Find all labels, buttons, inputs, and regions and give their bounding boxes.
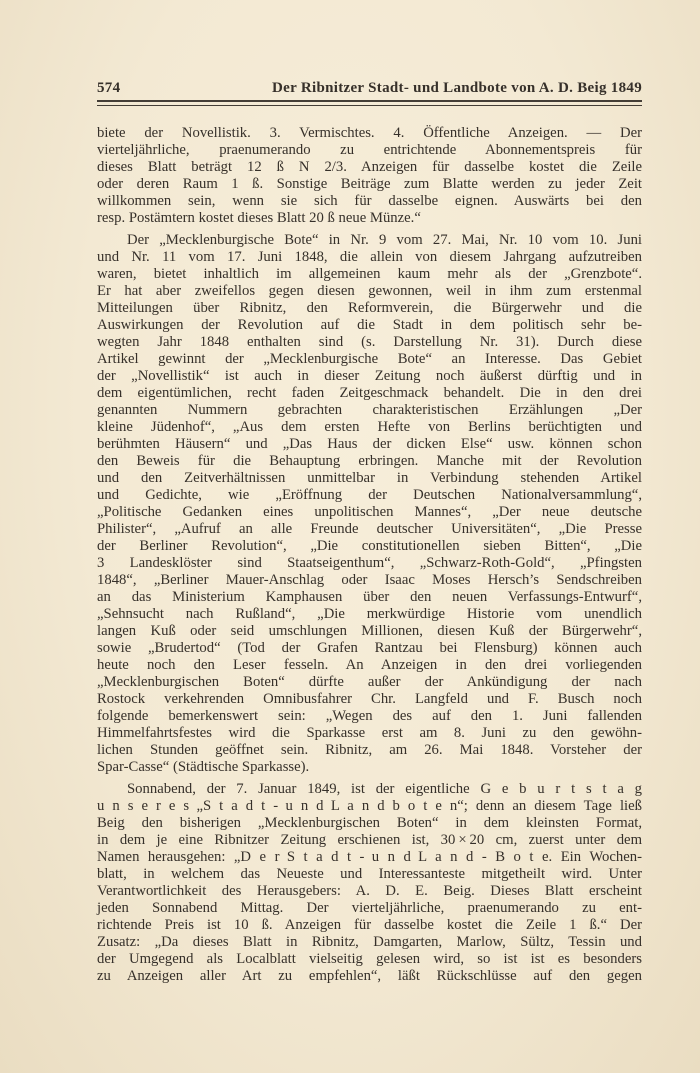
text-line: waren, bietet inhaltlich im allgemeinen … (97, 266, 642, 283)
text-line: Philister“, „Aufruf an alle Freunde deut… (97, 521, 642, 538)
text-line: Spar-Casse“ (Städtische Sparkasse). (97, 759, 642, 776)
text-line: „Mecklenburgischen Boten“ dürfte außer d… (97, 674, 642, 691)
text-line: blatt, in welchem das Neueste und Intere… (97, 866, 642, 883)
text-line: Der „Mecklenburgische Bote“ in Nr. 9 vom… (97, 232, 642, 249)
paragraph: Sonnabend, der 7. Januar 1849, ist der e… (97, 781, 642, 985)
text-line: 1848“, „Berliner Mauer-Anschlag oder Isa… (97, 572, 642, 589)
text-line: dem eigentümlichen, recht faden Zeitgesc… (97, 385, 642, 402)
text-line: und den Zeitverhältnissen unmittelbar in… (97, 470, 642, 487)
text-line: richtende Preis ist 10 ß. Anzeigen für d… (97, 917, 642, 934)
text-line: heute noch den Leser fesseln. An Anzeige… (97, 657, 642, 674)
text-line: Artikel gewinnt der „Mecklenburgische Bo… (97, 351, 642, 368)
text-line: langen Kuß oder seid umschlungen Million… (97, 623, 642, 640)
text-line: lichen Stunden geöffnet sein. Ribnitz, a… (97, 742, 642, 759)
text-line: jeden Sonnabend Mittag. Der vierteljährl… (97, 900, 642, 917)
text-line: der „Novellistik“ ist auch in dieser Zei… (97, 368, 642, 385)
text-line: „Sehnsucht nach Rußland“, „Die merkwürdi… (97, 606, 642, 623)
text-line: oder deren Raum 1 ß. Sonstige Beiträge z… (97, 176, 642, 193)
text-line: Mitteilungen über Ribnitz, den Reformver… (97, 300, 642, 317)
paragraph: Der „Mecklenburgische Bote“ in Nr. 9 vom… (97, 232, 642, 776)
text-line: vierteljährliche, praenumerando zu entri… (97, 142, 642, 159)
header-double-rule (97, 100, 642, 106)
running-title: Der Ribnitzer Stadt- und Landbote von A.… (272, 80, 642, 97)
text-line: genannten Nummern gebrachten charakteris… (97, 402, 642, 419)
text-line: in dem je eine Ribnitzer Zeitung erschie… (97, 832, 642, 849)
text-line: 3 Landesklöster sind Staatseigenthum“, „… (97, 555, 642, 572)
text-line: Himmelfahrtsfestes wird die Sparkasse er… (97, 725, 642, 742)
text-line: wegten Jahr 1848 enthalten sind (s. Dars… (97, 334, 642, 351)
text-line: zu Anzeigen aller Art zu empfehlen“, läß… (97, 968, 642, 985)
text-line: biete der Novellistik. 3. Vermischtes. 4… (97, 125, 642, 142)
text-line: der Umgegend als Localblatt vielseitig g… (97, 951, 642, 968)
text-line: „Politische Gedanken eines unpolitischen… (97, 504, 642, 521)
text-line: Verantwortlichkeit des Herausgebers: A. … (97, 883, 642, 900)
text-line: an das Ministerium Kamphausen über den n… (97, 589, 642, 606)
text-line: den Beweis für die Behauptung erbringen.… (97, 453, 642, 470)
text-line: willkommen sein, wenn sie sich für dasse… (97, 193, 642, 210)
text-line: Auswirkungen der Revolution auf die Stad… (97, 317, 642, 334)
text-line: Beig den bisherigen „Mecklenburgischen B… (97, 815, 642, 832)
text-line: der Berliner Revolution“, „Die constitut… (97, 538, 642, 555)
page-number: 574 (97, 80, 120, 97)
text-line: Namen herausgehen: „D e r S t a d t - u … (97, 849, 642, 866)
text-line: dieses Blatt beträgt 12 ß N 2/3. Anzeige… (97, 159, 642, 176)
text-line: berühmten Häusern“ und „Das Haus der dic… (97, 436, 642, 453)
page-header: 574 Der Ribnitzer Stadt- und Landbote vo… (97, 80, 642, 97)
text-line: Zusatz: „Da dieses Blatt in Ribnitz, Dam… (97, 934, 642, 951)
book-page: 574 Der Ribnitzer Stadt- und Landbote vo… (0, 0, 700, 1073)
text-line: Sonnabend, der 7. Januar 1849, ist der e… (97, 781, 642, 798)
text-line: resp. Postämtern kostet dieses Blatt 20 … (97, 210, 642, 227)
text-line: kleine Jüdenhof“, „Aus dem ersten Hefte … (97, 419, 642, 436)
text-line: Er hat aber zweifellos gegen diesen gewo… (97, 283, 642, 300)
text-line: u n s e r e s „S t a d t - u n d L a n d… (97, 798, 642, 815)
text-line: Rostock verkehrenden Omnibusfahrer Chr. … (97, 691, 642, 708)
paragraph: biete der Novellistik. 3. Vermischtes. 4… (97, 125, 642, 227)
text-line: folgende bemerkenswert sein: „Wegen des … (97, 708, 642, 725)
text-line: sowie „Brudertod“ (Tod der Grafen Rantza… (97, 640, 642, 657)
page-text: biete der Novellistik. 3. Vermischtes. 4… (97, 125, 642, 985)
text-line: und Gedichte, wie „Eröffnung der Deutsch… (97, 487, 642, 504)
text-line: und Nr. 11 vom 17. Juni 1848, die allein… (97, 249, 642, 266)
